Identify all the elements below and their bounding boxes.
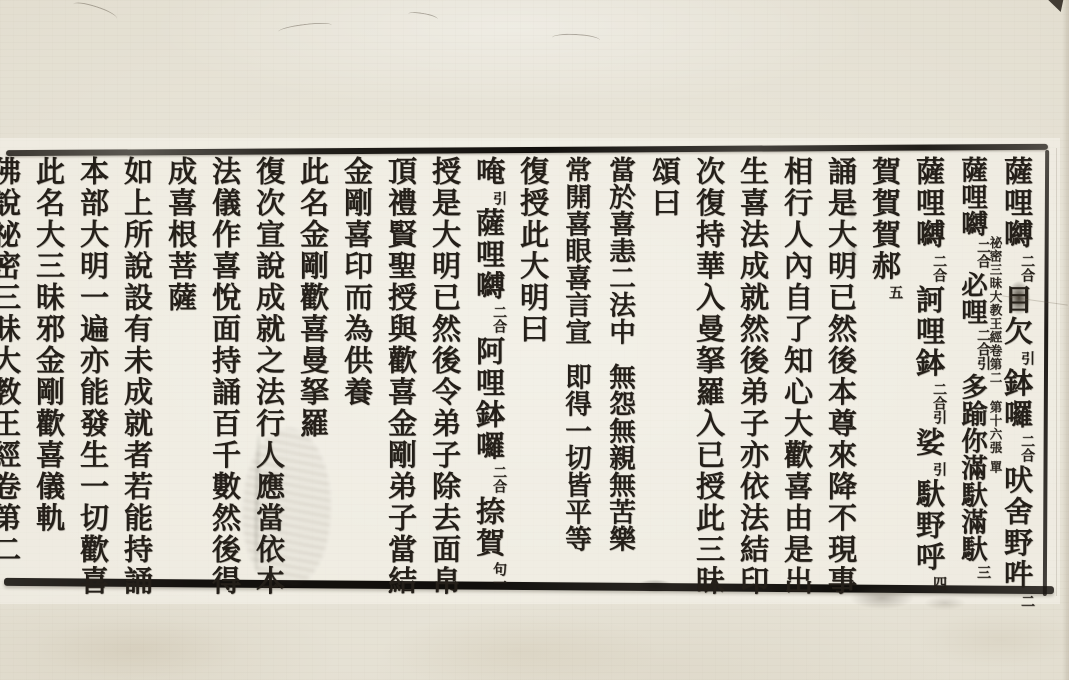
verse-gap <box>576 345 577 363</box>
text-column-6: 相行人內自了知心大歡喜由是出 <box>774 156 818 596</box>
running-title: 祕密三昧大教王經卷第二 <box>988 236 1002 385</box>
case-mark: 單 <box>988 461 1002 475</box>
sutra-text: 誦是大明已然後本尊來降不現事 <box>824 156 856 597</box>
annotation-text: 引 <box>1019 351 1034 365</box>
text-column-23: 此名大三昧邪金剛歡喜儀軌 <box>26 156 70 596</box>
sutra-text: 相行人內自了知心大歡喜由是出 <box>780 156 812 597</box>
sutra-text: 賀賀賀郝 <box>868 156 900 282</box>
annotation-text: 句一 <box>491 562 506 590</box>
annotation-text: 二合 <box>1019 254 1034 282</box>
sutra-text: 法儀作喜悅面持誦百千數然後得 <box>208 156 240 597</box>
sutra-text-block: 薩哩嚩二合目欠引鉢囉二合吠舍野吽二薩哩嚩二合必哩二合引多踰你滿馱滿馱三薩哩嚩二合… <box>0 156 1038 596</box>
sutra-text: 吠舍野吽 <box>1000 465 1032 591</box>
sutra-text: 佛說祕密三昧大教王經卷第二 <box>0 156 20 566</box>
verse-gap <box>620 345 621 363</box>
text-column-22: 本部大明一遍亦能發生一切歡喜 <box>70 156 114 596</box>
paper-edge-shadow <box>1062 0 1069 680</box>
annotation-text: 五 <box>887 285 902 299</box>
sutra-text: 此名金剛歡喜曼拏羅 <box>296 156 328 440</box>
text-column-4: 賀賀賀郝五 <box>862 156 906 596</box>
paper-fiber <box>408 10 439 22</box>
sutra-text: 本部大明一遍亦能發生一切歡喜 <box>76 156 108 597</box>
text-column-16: 金剛喜印而為供養 <box>334 156 378 596</box>
annotation-text: 二合引 <box>931 382 946 424</box>
sutra-text: 生喜法成就然後弟子亦依法結印 <box>736 156 768 597</box>
sutra-text: 金剛喜印而為供養 <box>340 156 372 408</box>
text-column-24: 佛說祕密三昧大教王經卷第二 <box>0 156 26 596</box>
sutra-text: 頌曰 <box>648 156 680 219</box>
sutra-text: 即得一切皆平等 <box>561 363 591 552</box>
sutra-text: 娑 <box>912 427 944 459</box>
paper-fiber <box>552 33 600 45</box>
annotation-text: 二合 <box>491 305 506 333</box>
annotation-text: 二 <box>1019 594 1034 608</box>
sutra-text: 鉢囉 <box>1000 368 1032 431</box>
text-column-9: 頌曰 <box>642 156 686 596</box>
sutra-text: 復授此大明曰 <box>516 156 548 345</box>
text-column-15: 頂禮賢聖授與歡喜金剛弟子當結 <box>378 156 422 596</box>
text-column-11: 常開喜眼喜言宣即得一切皆平等 <box>554 156 598 596</box>
text-column-13: 唵引薩哩嚩二合阿哩鉢囉二合捺賀句一 <box>466 156 510 596</box>
sutra-text: 訶哩鉢 <box>912 285 944 380</box>
annotation-text: 引 <box>931 462 946 476</box>
sutra-text: 頂禮賢聖授與歡喜金剛弟子當結 <box>384 156 416 597</box>
text-column-3: 薩哩嚩二合訶哩鉢二合引娑引馱野呼四 <box>906 156 950 596</box>
paper-fiber <box>71 0 118 24</box>
sutra-text: 薩哩嚩 <box>912 156 944 251</box>
sutra-text: 馱野呼 <box>912 479 944 574</box>
sutra-text: 授是大明已然後令弟子除去面帛 <box>428 156 460 597</box>
sutra-text: 次復持華入曼拏羅入已授此三昧 <box>692 156 724 597</box>
text-column-10: 當於喜恚二法中無怨無親無苦樂 <box>598 156 642 596</box>
text-column-21: 如上所說設有未成就者若能持誦 <box>114 156 158 596</box>
sutra-text: 阿哩鉢囉 <box>472 336 504 462</box>
scanned-sutra-page: { "document_title": "佛說祕密三昧大教王經卷第二", "ma… <box>0 0 1069 680</box>
annotation-text: 二合 <box>1019 434 1034 462</box>
sutra-text: 成喜根菩薩 <box>164 156 196 314</box>
annotation-text: 引 <box>491 191 506 205</box>
sutra-text: 多踰你滿馱滿馱 <box>957 373 987 562</box>
sutra-text: 必哩 <box>957 271 987 325</box>
sutra-text: 如上所說設有未成就者若能持誦 <box>120 156 152 597</box>
sutra-text: 無怨無親無苦樂 <box>605 363 635 552</box>
sutra-text: 當於喜恚二法中 <box>605 156 635 345</box>
annotation-text: 二合 <box>931 254 946 282</box>
text-column-19: 法儀作喜悅面持誦百千數然後得 <box>202 156 246 596</box>
text-column-20: 成喜根菩薩 <box>158 156 202 596</box>
paper-fiber <box>278 21 333 37</box>
sutra-text: 目欠 <box>1000 285 1032 348</box>
sutra-text: 常開喜眼喜言宣 <box>561 156 591 345</box>
text-column-12: 復授此大明曰 <box>510 156 554 596</box>
text-column-14: 授是大明已然後令弟子除去面帛 <box>422 156 466 596</box>
margin-note: 祕密三昧大教王經卷第二第十六張單 <box>986 236 1004 596</box>
text-column-7: 生喜法成就然後弟子亦依法結印 <box>730 156 774 596</box>
sutra-text: 唵 <box>472 156 504 188</box>
text-column-5: 誦是大明已然後本尊來降不現事 <box>818 156 862 596</box>
paper-background: 薩哩嚩二合目欠引鉢囉二合吠舍野吽二薩哩嚩二合必哩二合引多踰你滿馱滿馱三薩哩嚩二合… <box>0 0 1069 680</box>
text-column-8: 次復持華入曼拏羅入已授此三昧 <box>686 156 730 596</box>
margin-gap <box>995 385 996 401</box>
paper-crease <box>1056 148 1057 596</box>
sutra-text: 此名大三昧邪金剛歡喜儀軌 <box>32 156 64 534</box>
corner-ink-mark <box>1046 0 1064 12</box>
sutra-text: 薩哩嚩 <box>472 208 504 303</box>
sutra-text: 捺賀 <box>472 496 504 559</box>
sutra-text: 薩哩嚩 <box>1000 156 1032 251</box>
sutra-text: 薩哩嚩 <box>957 156 987 237</box>
annotation-text: 四 <box>931 576 946 590</box>
annotation-text: 二合 <box>491 465 506 493</box>
sheet-number: 第十六張 <box>988 401 1002 455</box>
